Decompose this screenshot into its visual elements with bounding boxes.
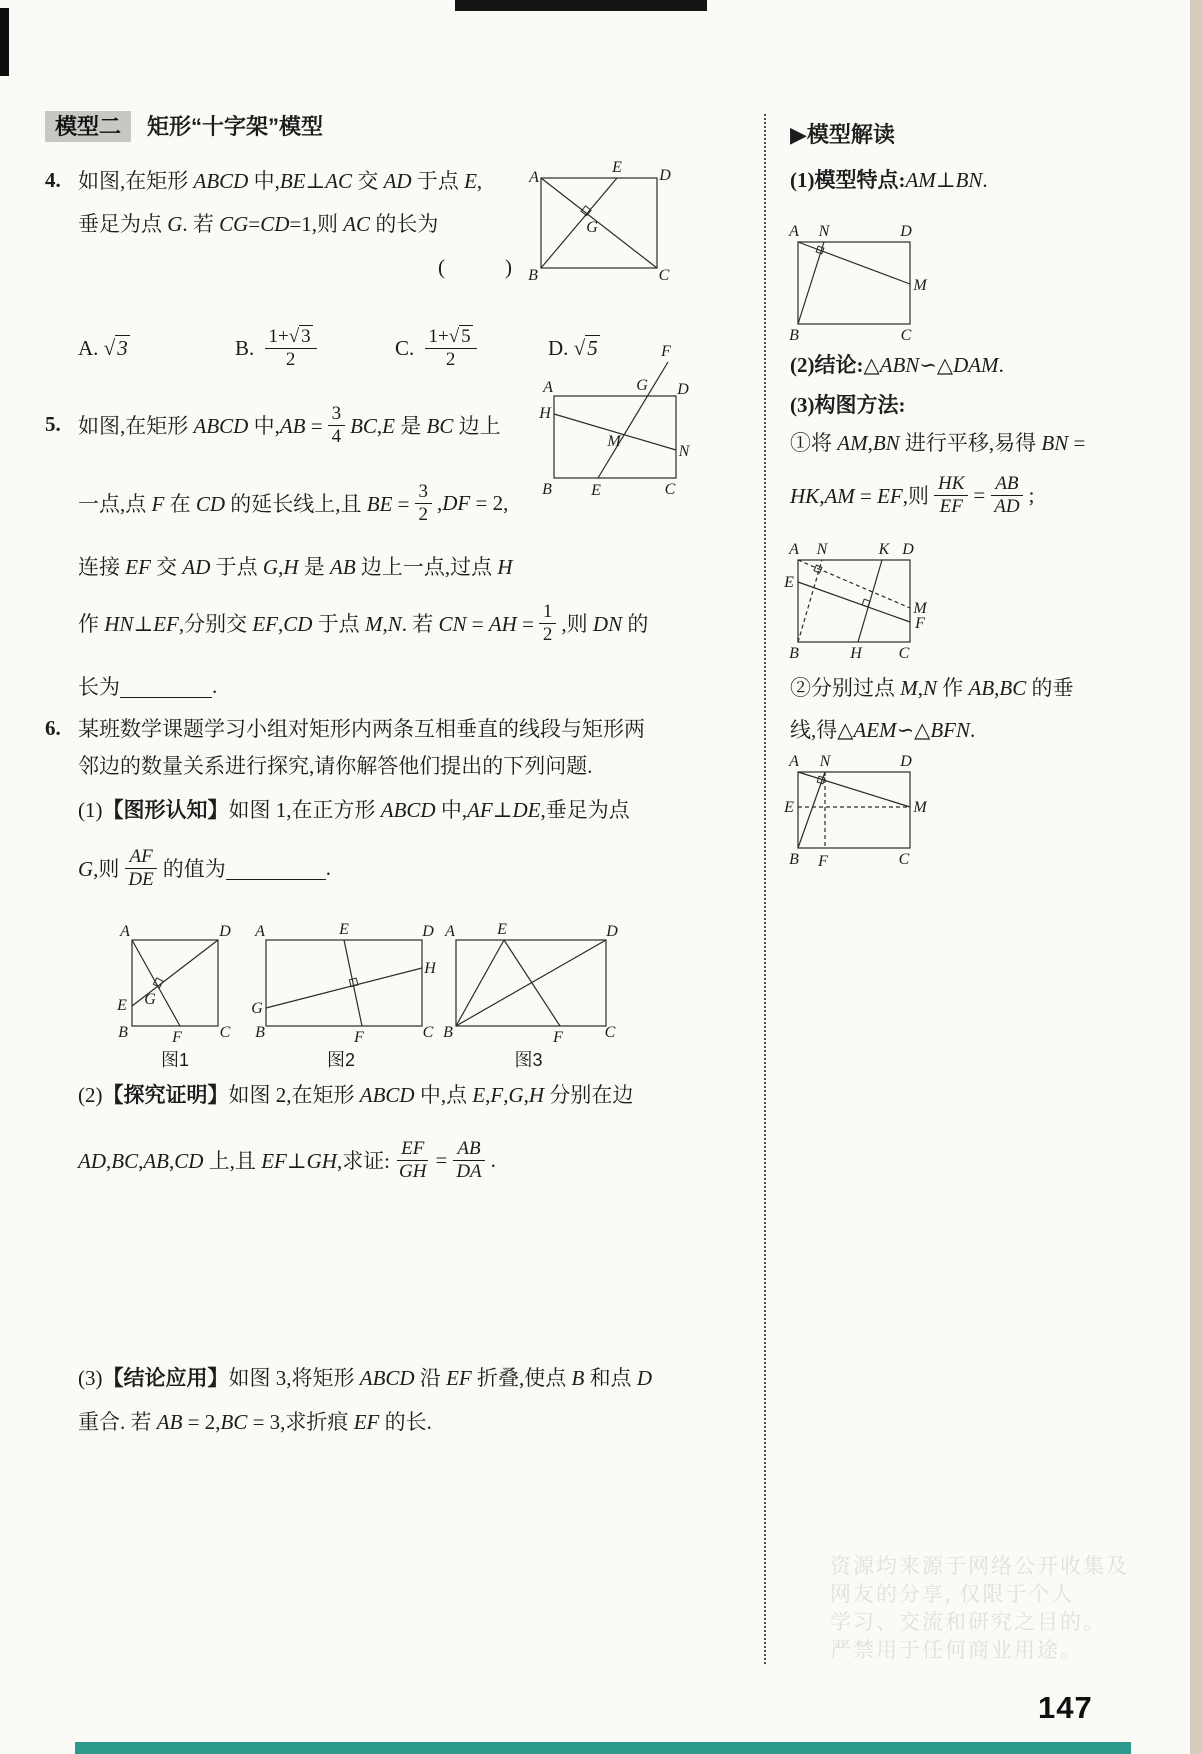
vertex-label: C — [899, 645, 910, 662]
model-figure2-translation: A N K D E M F B H C — [778, 536, 938, 670]
item-tag: 【结论应用】 — [103, 1366, 229, 1390]
model-item1-text: AM⊥BN. — [905, 168, 987, 192]
text: BC,E 是 BC 边上 — [350, 410, 501, 440]
fraction-numerator: AF — [125, 846, 156, 868]
option-a: A. √3 — [78, 318, 130, 378]
section-title: 矩形“十字架”模型 — [147, 114, 323, 139]
model-step2-line1: ②分别过点 M,N 作 AB,BC 的垂 — [790, 675, 1074, 701]
vertex-label: C — [901, 327, 912, 344]
equals-sign: = — [973, 483, 985, 508]
fraction: ABDA — [452, 1138, 485, 1182]
vertex-label: G — [251, 1000, 263, 1017]
problem4-answer-paren: ( ) — [438, 254, 514, 280]
figure3-rectangle-ABCD: A E D B F C — [436, 918, 621, 1044]
text: 如图 3,将矩形 ABCD 沿 EF 折叠,使点 B 和点 D — [229, 1366, 652, 1390]
radicand: 3 — [115, 335, 130, 360]
numerator-text: 1+ — [429, 326, 449, 347]
radicand: 5 — [459, 325, 473, 347]
model-step2-line2: 线,得△AEM∽△BFN. — [790, 717, 975, 743]
text: 的值为 — [163, 853, 226, 883]
model-figure3-perpendiculars: A N D E M B F C — [778, 748, 938, 876]
deco-top-bar — [455, 0, 707, 11]
sqrt-expression: √5 — [449, 325, 473, 347]
vertex-label: A — [528, 169, 539, 186]
fraction-numerator: AB — [453, 1138, 484, 1160]
vertex-label: A — [788, 753, 799, 770]
deco-top-left-bar — [0, 8, 9, 76]
problem5-line3: 连接 EF 交 AD 于点 G,H 是 AB 边上一点,过点 H — [78, 554, 513, 580]
vertex-label: F — [171, 1029, 182, 1044]
problem6-q1-line2: G,则 AFDE 的值为 . — [78, 838, 331, 898]
item-number: (1) — [78, 798, 103, 822]
text: 如图,在矩形 ABCD 中,AB = — [78, 410, 323, 440]
fraction-denominator: 4 — [328, 426, 346, 447]
problem5-line4: 作 HN⊥EF,分别交 EF,CD 于点 M,N. 若 CN = AH = 12… — [78, 595, 648, 651]
option-b-label: B. — [235, 336, 254, 361]
radical-sign: √ — [449, 326, 459, 347]
problem6-q2-line1: (2)【探究证明】如图 2,在矩形 ABCD 中,点 E,F,G,H 分别在边 — [78, 1082, 633, 1108]
figure3-caption: 图3 — [436, 1046, 621, 1072]
model-item1-label: (1)模型特点: — [790, 168, 905, 192]
vertex-label: D — [218, 923, 231, 940]
figure1-caption: 图1 — [110, 1046, 240, 1072]
vertex-label: N — [816, 541, 829, 558]
vertex-label: H — [423, 960, 436, 977]
fraction-numerator: 3 — [328, 403, 346, 425]
option-a-label: A. — [78, 336, 98, 361]
model-step1-line2: HK,AM = EF,则 HKEF = ABAD ; — [790, 467, 1034, 523]
vertex-label: D — [899, 753, 912, 770]
vertex-label: B — [789, 327, 799, 344]
text: 作 HN⊥EF,分别交 EF,CD 于点 M,N. 若 CN = AH = — [78, 608, 534, 638]
vertex-label: K — [878, 541, 891, 558]
vertex-label: A — [119, 923, 130, 940]
problem6-q1-line1: (1)【图形认知】如图 1,在正方形 ABCD 中,AF⊥DE,垂足为点 — [78, 797, 630, 823]
vertex-label: A — [788, 541, 799, 558]
option-b: B. 1+√3 2 — [235, 318, 322, 378]
figure2-rectangle-ABCD: A E D H G B F C — [246, 918, 436, 1044]
item-number: (2) — [78, 1083, 103, 1107]
fraction: 1+√5 2 — [425, 326, 477, 370]
vertex-label: N — [678, 443, 691, 460]
model-section-title: ▶模型解读 — [790, 118, 895, 149]
model-item2-label: (2)结论: — [790, 353, 863, 377]
radicand: 3 — [299, 325, 313, 347]
page-edge-strip — [1190, 0, 1202, 1754]
fraction-denominator: 2 — [442, 349, 460, 370]
option-c-label: C. — [395, 336, 414, 361]
vertex-label: G — [144, 991, 156, 1008]
fraction-numerator: AB — [991, 473, 1022, 495]
text: 一点,点 F 在 CD 的延长线上,且 BE = — [78, 488, 410, 518]
fraction: 12 — [539, 601, 557, 645]
fraction: 32 — [415, 481, 433, 525]
vertex-label: B — [789, 645, 799, 662]
watermark-line: 网友的分享, 仅限于个人 — [830, 1580, 1195, 1608]
vertex-label: N — [819, 753, 832, 770]
vertex-label: B — [443, 1024, 453, 1041]
vertex-label: E — [338, 921, 349, 938]
fraction-numerator: 3 — [415, 481, 433, 503]
vertex-label: M — [912, 277, 928, 294]
vertex-label: C — [605, 1024, 616, 1041]
vertex-label: G — [636, 377, 648, 394]
vertex-label: B — [118, 1024, 128, 1041]
problem6-line1: 某班数学课题学习小组对矩形内两条互相垂直的线段与矩形两 — [78, 716, 645, 742]
option-c: C. 1+√5 2 — [395, 318, 482, 378]
vertex-label: C — [659, 267, 670, 284]
fraction: EFGH — [395, 1138, 430, 1182]
fraction-denominator: 2 — [282, 349, 300, 370]
figure2-caption: 图2 — [246, 1046, 436, 1072]
watermark: 资源均来源于网络公开收集及 网友的分享, 仅限于个人 学习、交流和研究之目的。 … — [830, 1552, 1195, 1664]
fraction-numerator: 1+√5 — [425, 326, 477, 348]
problem6-line2: 邻边的数量关系进行探究,请你解答他们提出的下列问题. — [78, 753, 593, 779]
problem5-line1: 如图,在矩形 ABCD 中,AB = 34 BC,E 是 BC 边上 — [78, 397, 501, 453]
vertex-label: B — [255, 1024, 265, 1041]
fraction-denominator: 2 — [415, 504, 433, 525]
figure-problem4-rectangle-ABCD: A E D G B C — [525, 158, 675, 284]
equals-sign: = — [435, 1148, 447, 1173]
text: 如图 2,在矩形 ABCD 中,点 E,F,G,H 分别在边 — [229, 1083, 634, 1107]
vertex-label: E — [496, 921, 507, 938]
model-item2-text: △ABN∽△DAM. — [863, 353, 1003, 377]
vertex-label: C — [423, 1024, 434, 1041]
text: . — [326, 856, 331, 881]
text: ,则 DN 的 — [561, 608, 648, 638]
text: ,DF = 2, — [437, 491, 508, 516]
vertex-label: F — [817, 853, 828, 870]
vertex-label: D — [901, 541, 914, 558]
vertex-label: E — [783, 799, 794, 816]
vertex-label: D — [899, 223, 912, 240]
model-item2: (2)结论:△ABN∽△DAM. — [790, 352, 1004, 378]
section-header: 模型二矩形“十字架”模型 — [45, 110, 323, 141]
problem4-line1: 如图,在矩形 ABCD 中,BE⊥AC 交 AD 于点 E, — [78, 168, 482, 194]
text: 长为 — [78, 671, 120, 701]
page-number: 147 — [1038, 1690, 1093, 1726]
vertex-label: F — [914, 615, 925, 632]
watermark-line: 严禁用于任何商业用途。 — [830, 1636, 1195, 1664]
item-tag: 【探究证明】 — [103, 1083, 229, 1107]
radical-sign: √ — [104, 336, 116, 360]
fraction: HKEF — [934, 473, 968, 517]
problem5-line2: 一点,点 F 在 CD 的延长线上,且 BE = 32 ,DF = 2, — [78, 475, 508, 531]
vertex-label: E — [783, 574, 794, 591]
model-step1-line1: ①将 AM,BN 进行平移,易得 BN = — [790, 430, 1085, 456]
problem5-line5: 长为 . — [78, 672, 217, 700]
section-badge: 模型二 — [45, 111, 131, 142]
vertex-label: H — [538, 405, 552, 422]
text: AD,BC,AB,CD 上,且 EF⊥GH,求证: — [78, 1145, 390, 1175]
problem4-line2: 垂足为点 G. 若 CG=CD=1,则 AC 的长为 — [78, 211, 438, 237]
fraction: ABAD — [990, 473, 1023, 517]
item-tag: 【图形认知】 — [103, 798, 229, 822]
vertex-label: D — [676, 381, 689, 398]
problem6-number: 6. — [45, 716, 61, 741]
fraction-denominator: GH — [395, 1161, 430, 1182]
radical-sign: √ — [289, 326, 299, 347]
vertex-label: B — [542, 481, 552, 498]
answer-blank — [226, 856, 326, 879]
sqrt-expression: √3 — [289, 325, 313, 347]
text: . — [212, 674, 217, 699]
vertex-label: D — [658, 167, 671, 184]
problem6-q2-line2: AD,BC,AB,CD 上,且 EF⊥GH,求证: EFGH = ABDA . — [78, 1130, 496, 1190]
figure-problem5-rectangle-ABCD: F A G D H M N B E C — [538, 340, 693, 510]
fraction: 34 — [328, 403, 346, 447]
fraction: 1+√3 2 — [265, 326, 317, 370]
fraction-denominator: DE — [124, 869, 157, 890]
problem5-number: 5. — [45, 412, 61, 437]
vertex-label: B — [528, 267, 538, 284]
watermark-line: 学习、交流和研究之目的。 — [830, 1608, 1195, 1636]
vertex-label: C — [899, 851, 910, 868]
text: 如图 1,在正方形 ABCD 中,AF⊥DE,垂足为点 — [229, 798, 630, 822]
model-item1: (1)模型特点:AM⊥BN. — [790, 167, 988, 193]
item-number: (3) — [78, 1366, 103, 1390]
fraction-numerator: 1+√3 — [265, 326, 317, 348]
text: ; — [1029, 483, 1035, 508]
numerator-text: 1+ — [269, 326, 289, 347]
model-figure1-rectangle-ABCD: A N D M B C — [778, 216, 933, 346]
vertex-label: F — [552, 1029, 563, 1044]
watermark-line: 资源均来源于网络公开收集及 — [830, 1552, 1195, 1580]
vertex-label: E — [116, 997, 127, 1014]
model-item3: (3)构图方法: — [790, 392, 905, 418]
problem4-number: 4. — [45, 168, 61, 193]
vertex-label: D — [421, 923, 434, 940]
fraction-denominator: DA — [452, 1161, 485, 1182]
sqrt-expression: √3 — [104, 336, 130, 361]
fraction-denominator: EF — [936, 496, 967, 517]
fraction-numerator: 1 — [539, 601, 557, 623]
vertex-label: N — [818, 223, 831, 240]
vertex-label: G — [586, 219, 598, 236]
figure1-square-ABCD: A D G E B F C — [110, 918, 240, 1044]
vertex-label: C — [220, 1024, 231, 1041]
vertex-label: H — [849, 645, 863, 662]
fraction-denominator: 2 — [539, 624, 557, 645]
answer-blank — [120, 674, 212, 697]
vertex-label: B — [789, 851, 799, 868]
column-divider — [764, 114, 766, 1664]
vertex-label: C — [665, 481, 676, 498]
vertex-label: A — [788, 223, 799, 240]
text: . — [491, 1148, 496, 1173]
vertex-label: A — [254, 923, 265, 940]
vertex-label: M — [912, 799, 928, 816]
vertex-label: E — [590, 482, 601, 499]
problem6-q3-line2: 重合. 若 AB = 2,BC = 3,求折痕 EF 的长. — [78, 1409, 432, 1435]
text: HK,AM = EF,则 — [790, 480, 929, 510]
vertex-label: D — [605, 923, 618, 940]
vertex-label: A — [542, 379, 553, 396]
vertex-label: F — [353, 1029, 364, 1044]
problem6-q3-line1: (3)【结论应用】如图 3,将矩形 ABCD 沿 EF 折叠,使点 B 和点 D — [78, 1365, 652, 1391]
text: G,则 — [78, 853, 119, 883]
vertex-label: M — [606, 433, 622, 450]
fraction-numerator: HK — [934, 473, 968, 495]
deco-bottom-bar — [75, 1742, 1131, 1754]
fraction: AFDE — [124, 846, 157, 890]
fraction-denominator: AD — [990, 496, 1023, 517]
vertex-label: E — [611, 159, 622, 176]
vertex-label: A — [444, 923, 455, 940]
fraction-numerator: EF — [397, 1138, 428, 1160]
vertex-label: F — [660, 343, 671, 360]
